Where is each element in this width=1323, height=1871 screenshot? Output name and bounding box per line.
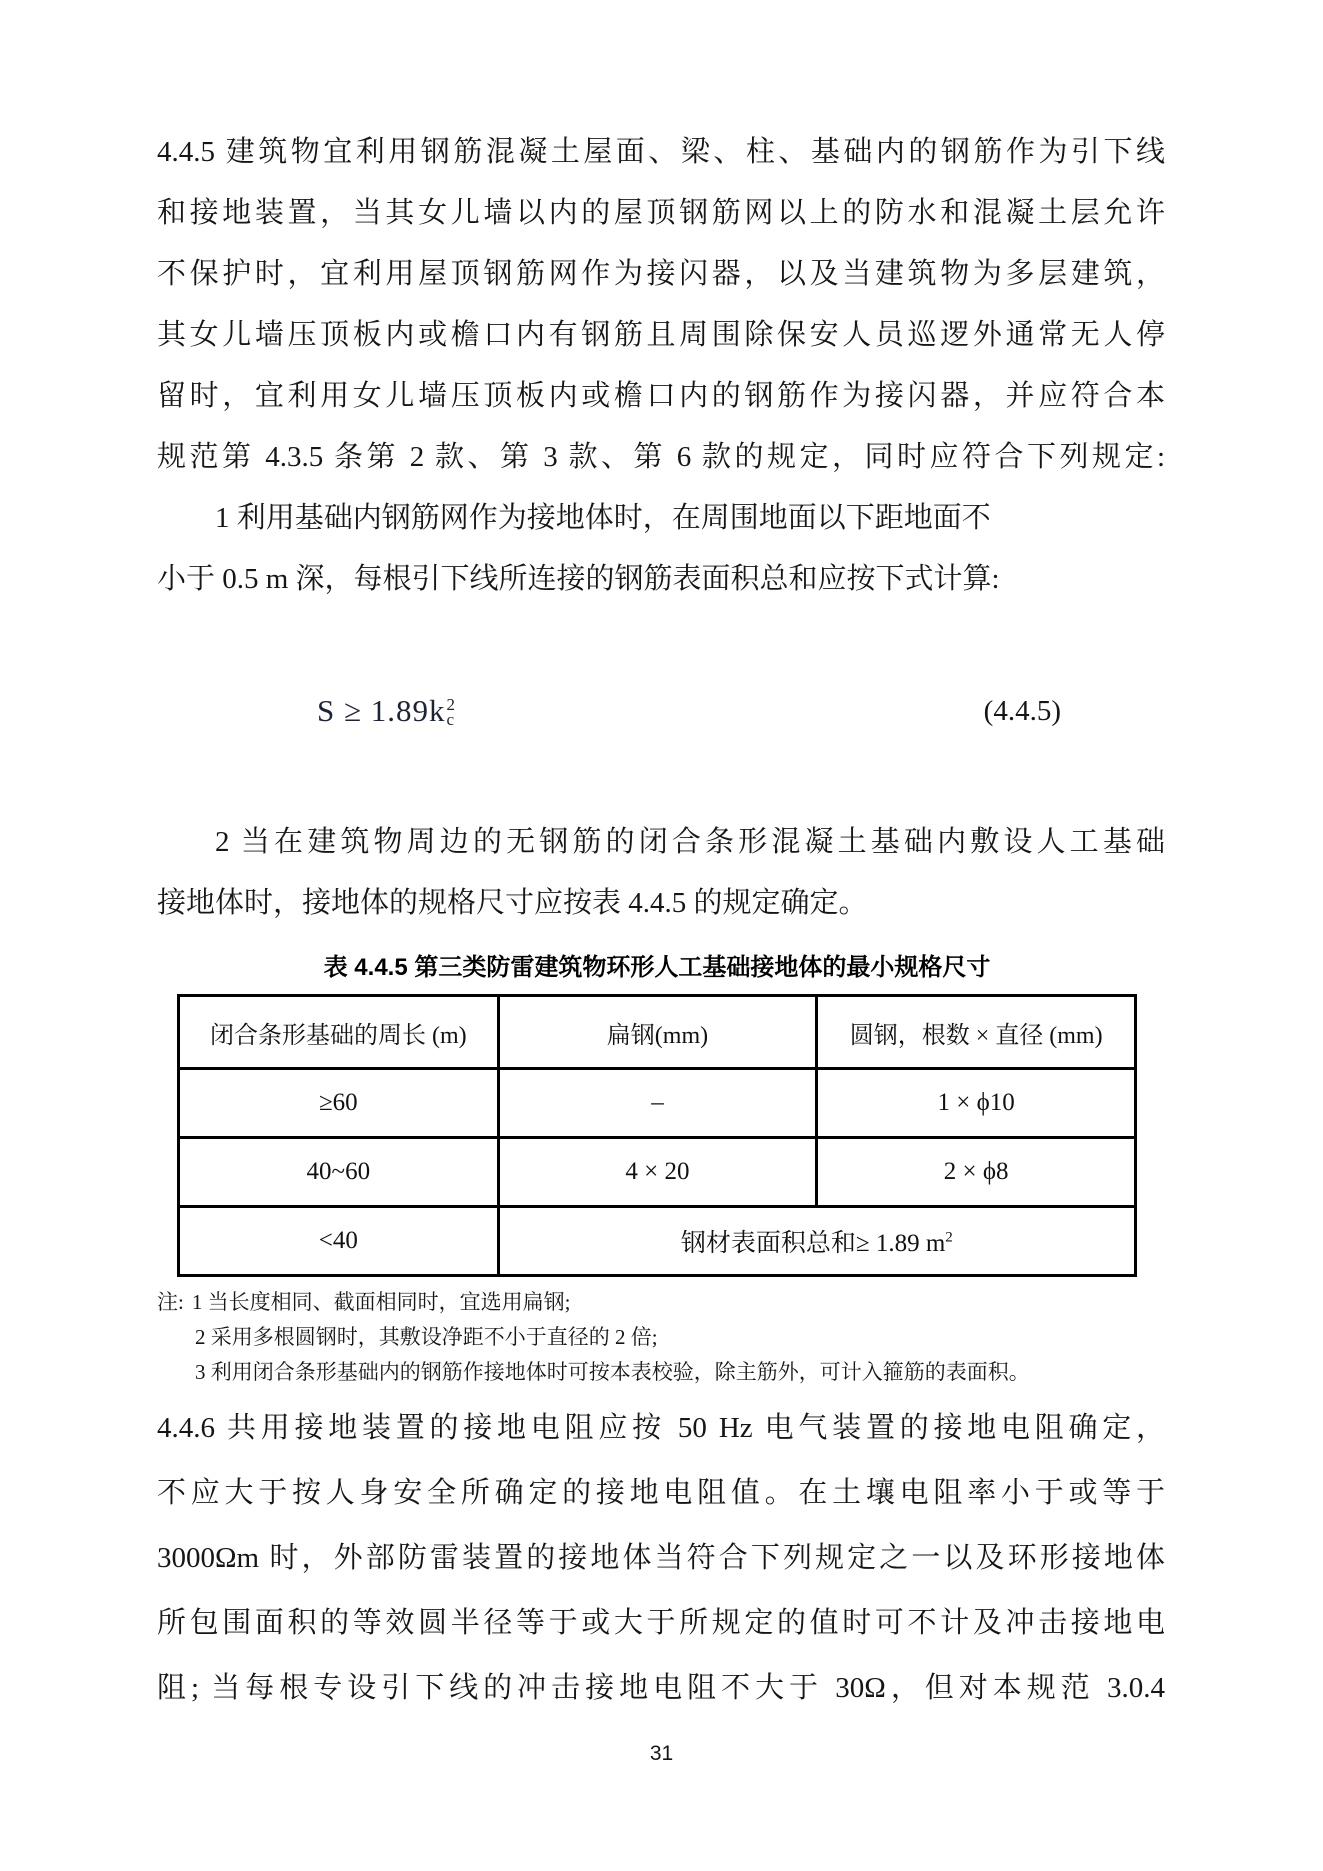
table-cell: 4 × 20 <box>498 1138 817 1207</box>
merged-cell-superscript: 2 <box>945 1230 953 1246</box>
paragraph-line: 留时，宜利用女儿墙压顶板内或檐口内的钢筋作为接闪器，并应符合本 <box>157 366 1165 427</box>
paragraph-line: 阻; 当每根专设引下线的冲击接地电阻不大于 30Ω，但对本规范 3.0.4 <box>157 1656 1165 1721</box>
section-4-4-6-paragraph: 4.4.6 共用接地装置的接地电阻应按 50 Hz 电气装置的接地电阻确定， 不… <box>157 1396 1165 1721</box>
table-cell: – <box>498 1069 817 1138</box>
paragraph-line: 2 当在建筑物周边的无钢筋的闭合条形混凝土基础内敷设人工基础 <box>157 812 1165 873</box>
document-page: 4.4.5 建筑物宜利用钢筋混凝土屋面、梁、柱、基础内的钢筋作为引下线 和接地装… <box>0 0 1323 1871</box>
note-line: 注:1 当长度相同、截面相同时，宜选用扁钢; <box>157 1285 1165 1320</box>
table-row: ≥60 – 1 × ϕ10 <box>179 1069 1136 1138</box>
table-header-cell: 扁钢(mm) <box>498 996 817 1069</box>
paragraph-line: 小于 0.5 m 深，每根引下线所连接的钢筋表面积总和应按下式计算: <box>157 549 1165 610</box>
note-text: 1 当长度相同、截面相同时，宜选用扁钢; <box>192 1290 571 1314</box>
table-cell: 40~60 <box>179 1138 499 1207</box>
table-header-cell: 圆钢，根数 × 直径 (mm) <box>817 996 1136 1069</box>
paragraph-line: 和接地装置，当其女儿墙以内的屋顶钢筋网以上的防水和混凝土层允许 <box>157 183 1165 244</box>
spec-table: 闭合条形基础的周长 (m) 扁钢(mm) 圆钢，根数 × 直径 (mm) ≥60… <box>177 994 1137 1277</box>
paragraph-line: 3000Ωm 时，外部防雷装置的接地体当符合下列规定之一以及环形接地体 <box>157 1526 1165 1591</box>
formula-subscript: c <box>447 712 456 727</box>
table-row: 40~60 4 × 20 2 × ϕ8 <box>179 1138 1136 1207</box>
section-4-4-5-paragraph: 4.4.5 建筑物宜利用钢筋混凝土屋面、梁、柱、基础内的钢筋作为引下线 和接地装… <box>157 122 1165 488</box>
table-cell: ≥60 <box>179 1069 499 1138</box>
notes-label: 注: <box>157 1290 192 1314</box>
table-title: 表 4.4.5 第三类防雷建筑物环形人工基础接地体的最小规格尺寸 <box>177 950 1137 986</box>
clause-1-paragraph: 1 利用基础内钢筋网作为接地体时，在周围地面以下距地面不 小于 0.5 m 深，… <box>157 488 1165 610</box>
paragraph-line: 不保护时，宜利用屋顶钢筋网作为接闪器，以及当建筑物为多层建筑， <box>157 244 1165 305</box>
table-cell: <40 <box>179 1207 499 1276</box>
note-line: 2 采用多根圆钢时，其敷设净距不小于直径的 2 倍; <box>157 1320 1165 1355</box>
table-header-cell: 闭合条形基础的周长 (m) <box>179 996 499 1069</box>
paragraph-line: 其女儿墙压顶板内或檐口内有钢筋且周围除保安人员巡逻外通常无人停 <box>157 305 1165 366</box>
table-cell: 2 × ϕ8 <box>817 1138 1136 1207</box>
page-content: 4.4.5 建筑物宜利用钢筋混凝土屋面、梁、柱、基础内的钢筋作为引下线 和接地装… <box>0 0 1323 1721</box>
equation-number: (4.4.5) <box>984 695 1061 728</box>
formula-sup-sub: 2c <box>447 697 457 727</box>
table-notes: 注:1 当长度相同、截面相同时，宜选用扁钢; 2 采用多根圆钢时，其敷设净距不小… <box>157 1285 1165 1390</box>
paragraph-line: 规范第 4.3.5 条第 2 款、第 3 款、第 6 款的规定，同时应符合下列规… <box>157 427 1165 488</box>
table-header-row: 闭合条形基础的周长 (m) 扁钢(mm) 圆钢，根数 × 直径 (mm) <box>179 996 1136 1069</box>
paragraph-line: 不应大于按人身安全所确定的接地电阻值。在土壤电阻率小于或等于 <box>157 1461 1165 1526</box>
table-merged-cell: 钢材表面积总和≥ 1.89 m2 <box>498 1207 1135 1276</box>
paragraph-line: 1 利用基础内钢筋网作为接地体时，在周围地面以下距地面不 <box>157 488 1165 549</box>
note-line: 3 利用闭合条形基础内的钢筋作接地体时可按本表校验，除主筋外，可计入箍筋的表面积… <box>157 1355 1165 1390</box>
clause-2-paragraph: 2 当在建筑物周边的无钢筋的闭合条形混凝土基础内敷设人工基础 接地体时，接地体的… <box>157 812 1165 934</box>
paragraph-line: 接地体时，接地体的规格尺寸应按表 4.4.5 的规定确定。 <box>157 873 1165 934</box>
paragraph-line: 4.4.6 共用接地装置的接地电阻应按 50 Hz 电气装置的接地电阻确定， <box>157 1396 1165 1461</box>
table-cell: 1 × ϕ10 <box>817 1069 1136 1138</box>
formula-4-4-5: S ≥ 1.89k2c (4.4.5) <box>157 680 1165 742</box>
paragraph-line: 4.4.5 建筑物宜利用钢筋混凝土屋面、梁、柱、基础内的钢筋作为引下线 <box>157 122 1165 183</box>
formula-expression: S ≥ 1.89k2c <box>317 693 456 729</box>
page-number: 31 <box>0 1742 1323 1766</box>
merged-cell-text: 钢材表面积总和≥ 1.89 m <box>681 1230 945 1257</box>
formula-lhs: S ≥ 1.89k <box>317 693 446 729</box>
paragraph-line: 所包围面积的等效圆半径等于或大于所规定的值时可不计及冲击接地电 <box>157 1591 1165 1656</box>
table-row: <40 钢材表面积总和≥ 1.89 m2 <box>179 1207 1136 1276</box>
